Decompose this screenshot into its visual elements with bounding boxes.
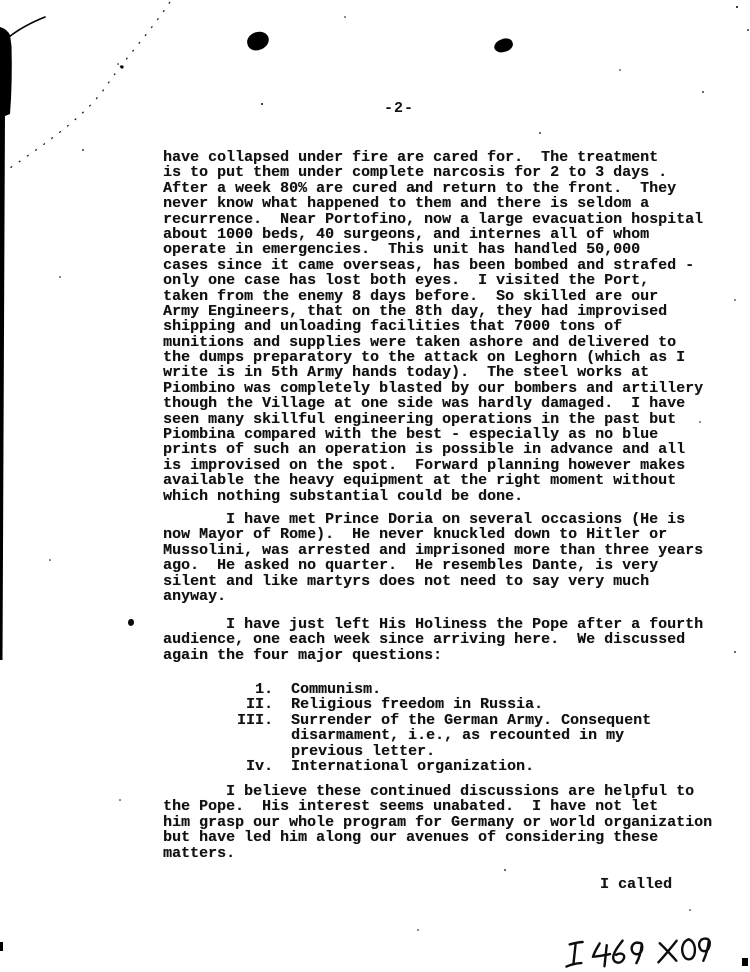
- text-line: but have led him along our avenues of co…: [163, 830, 712, 845]
- text-line: I have met Prince Doria on several occas…: [163, 512, 703, 527]
- text-line: available the heavy equipment at the rig…: [163, 473, 703, 488]
- text-line: disarmament, i.e., as recounted in my: [237, 728, 651, 743]
- margin-ink-dot: [128, 619, 134, 626]
- text-line: Iv. International organization.: [237, 759, 651, 774]
- text-line: silent and like martyrs does not need to…: [163, 574, 703, 589]
- text-line: have collapsed under fire are cared for.…: [163, 150, 703, 165]
- text-line: the dumps preparatory to the attack on L…: [163, 350, 703, 365]
- text-line: is to put them under complete narcosis f…: [163, 165, 703, 180]
- text-line: which nothing substantial could be done.: [163, 489, 703, 504]
- scanned-letter-page: -2- have collapsed under fire are cared …: [0, 0, 750, 972]
- text-line: though the Village at one side was hardl…: [163, 396, 703, 411]
- text-line: about 1000 beds, 40 surgeons, and intern…: [163, 227, 703, 242]
- text-line: again the four major questions:: [163, 648, 703, 663]
- ink-blob-right: [492, 36, 514, 54]
- text-line: Army Engineers, that on the 8th day, the…: [163, 304, 703, 319]
- closing-line: I called: [600, 877, 672, 892]
- paragraph-hospital-and-engineering: have collapsed under fire are cared for.…: [163, 150, 703, 504]
- text-line: is improvised on the spot. Forward plann…: [163, 458, 703, 473]
- text-line: write is in 5th Army hands today). The s…: [163, 365, 703, 380]
- text-line: taken from the enemy 8 days before. So s…: [163, 289, 703, 304]
- numbered-list-four-questions: 1. Communism. II. Religious freedom in R…: [237, 682, 651, 774]
- text-line: Mussolini, was arrested and imprisoned m…: [163, 543, 703, 558]
- text-line: I have just left His Holiness the Pope a…: [163, 617, 703, 632]
- text-line: Piombino was completely blasted by our b…: [163, 381, 703, 396]
- text-line: III. Surrender of the German Army. Conse…: [237, 713, 651, 728]
- text-line: recurrence. Near Portofino, now a large …: [163, 212, 703, 227]
- text-line: 1. Communism.: [237, 682, 651, 697]
- text-line: I believe these continued discussions ar…: [163, 784, 712, 799]
- page-number: -2-: [384, 100, 414, 117]
- text-line: anyway.: [163, 589, 703, 604]
- text-line: Piombina compared with the best - especi…: [163, 427, 703, 442]
- text-line: him grasp our whole program for Germany …: [163, 815, 712, 830]
- text-line: cases since it came overseas, has been b…: [163, 258, 703, 273]
- text-line: only one case has lost both eyes. I visi…: [163, 273, 703, 288]
- text-line: II. Religious freedom in Russia.: [237, 697, 651, 712]
- handwritten-note-text: I 469 X09: [0, 0, 1, 1]
- paragraph-prince-doria: I have met Prince Doria on several occas…: [163, 512, 703, 604]
- left-edge-mark: [0, 17, 45, 660]
- text-line: After a week 80% are cured and return to…: [163, 181, 703, 196]
- ink-blob-left: [245, 30, 271, 53]
- text-line: now Mayor of Rome). He never knuckled do…: [163, 527, 703, 542]
- text-line: shipping and unloading facilities that 7…: [163, 319, 703, 334]
- paragraph-continued-discussions: I believe these continued discussions ar…: [163, 784, 712, 861]
- text-line: munitions and supplies were taken ashore…: [163, 335, 703, 350]
- text-line: audience, one each week since arriving h…: [163, 632, 703, 647]
- scratch-line: [10, 2, 170, 168]
- text-line: ago. He asked no quarter. He resembles D…: [163, 558, 703, 573]
- paragraph-pope-audience: I have just left His Holiness the Pope a…: [163, 617, 703, 663]
- text-line: prints of such an operation is possible …: [163, 442, 703, 457]
- text-line: seen many skillful engineering operation…: [163, 412, 703, 427]
- text-line: operate in emergencies. This unit has ha…: [163, 242, 703, 257]
- text-line: never know what happened to them and the…: [163, 196, 703, 211]
- text-line: matters.: [163, 846, 712, 861]
- text-line: the Pope. His interest seems unabated. I…: [163, 799, 712, 814]
- text-line: previous letter.: [237, 744, 651, 759]
